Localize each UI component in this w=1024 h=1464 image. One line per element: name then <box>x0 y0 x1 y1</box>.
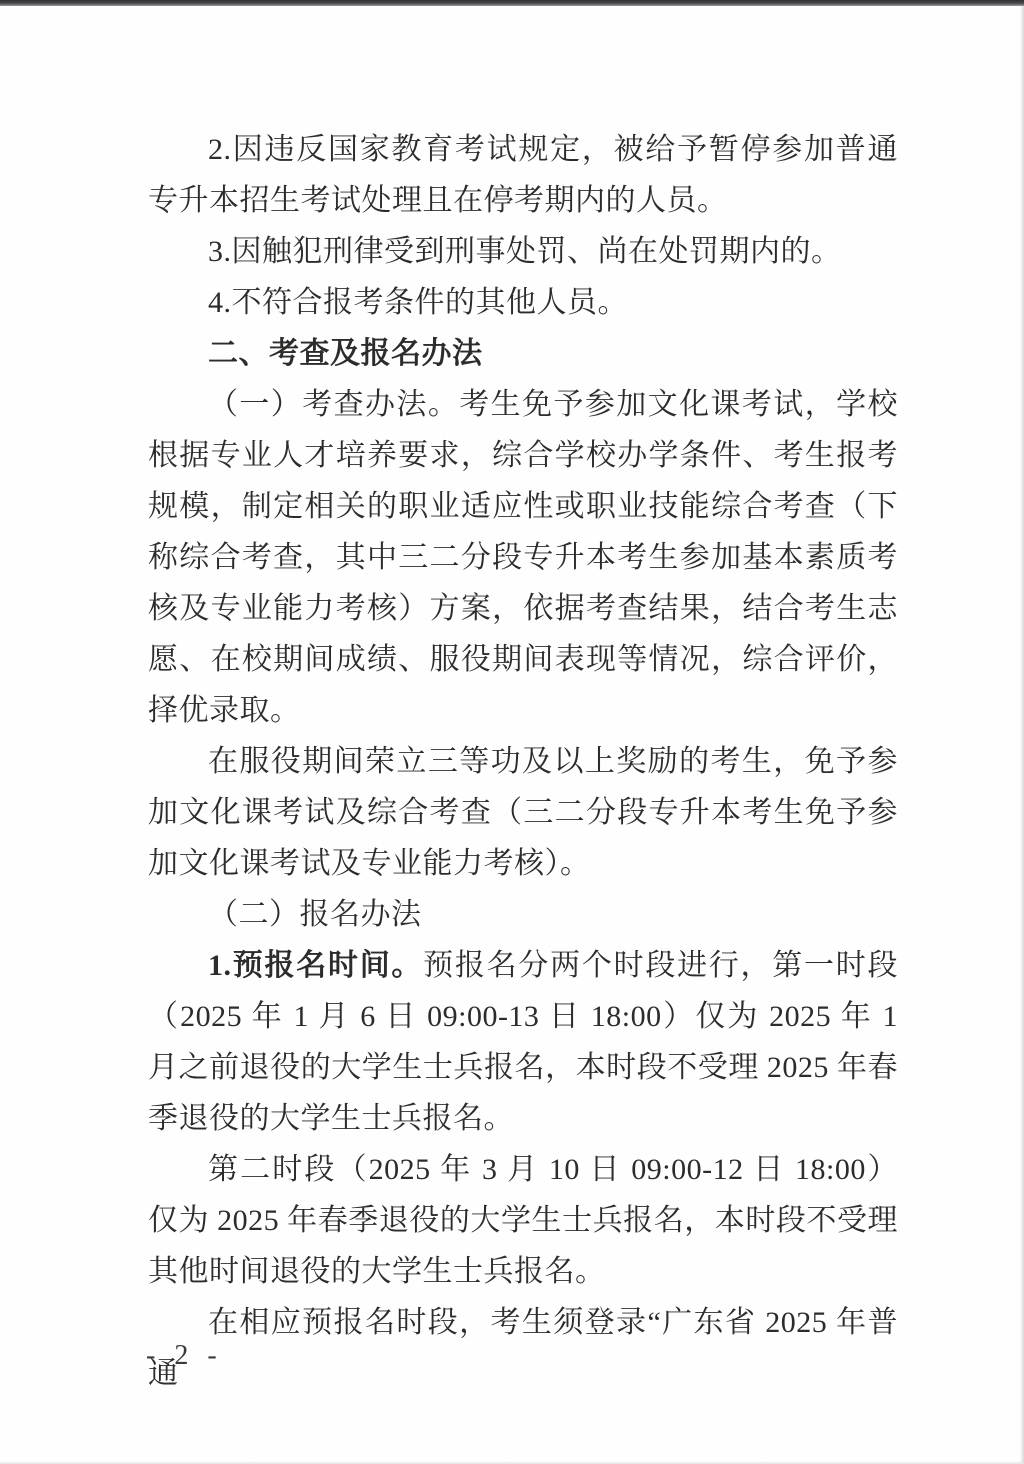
text-run: 在服役期间荣立三等功及以上奖励的考生，免予参加文化课考试及综合考查（三二分段专升… <box>148 745 898 880</box>
text-run: 第二时段（2025 年 3 月 10 日 09:00-12 日 18:00）仅为… <box>148 1153 898 1288</box>
scan-edge-right <box>1020 6 1024 1464</box>
document-body: 2.因违反国家教育考试规定，被给予暂停参加普通专升本招生考试处理且在停考期内的人… <box>148 124 898 1399</box>
text-run: （二）报名办法 <box>208 898 422 931</box>
paragraph-lead-bold: 1.预报名时间。 <box>208 949 423 982</box>
section-heading-examination-and-registration: 二、考查及报名办法 <box>148 328 898 379</box>
scanned-document-page: 2.因违反国家教育考试规定，被给予暂停参加普通专升本招生考试处理且在停考期内的人… <box>0 0 1024 1464</box>
text-run: 在相应预报名时段，考生须登录“广东省 2025 年普通 <box>148 1306 898 1390</box>
text-run: （一）考查办法。 <box>208 388 459 421</box>
paragraph-login-instruction: 在相应预报名时段，考生须登录“广东省 2025 年普通 <box>148 1297 898 1399</box>
text-run: 2.因违反国家教育考试规定，被给予暂停参加普通专升本招生考试处理且在停考期内的人… <box>148 133 898 217</box>
paragraph-preregistration-time: 1.预报名时间。预报名分两个时段进行，第一时段（2025 年 1 月 6 日 0… <box>148 940 898 1144</box>
text-run: 考生免予参加文化课考试，学校根据专业人才培养要求，综合学校办学条件、考生报考规模… <box>148 388 898 727</box>
page-number: - 2 - <box>146 1340 223 1372</box>
paragraph-lead-bold: 二、考查及报名办法 <box>208 337 483 370</box>
paragraph-second-period: 第二时段（2025 年 3 月 10 日 09:00-12 日 18:00）仅为… <box>148 1144 898 1297</box>
list-item-3: 3.因触犯刑律受到刑事处罚、尚在处罚期内的。 <box>148 226 898 277</box>
scan-edge-top <box>0 0 1024 6</box>
text-run: 3.因触犯刑律受到刑事处罚、尚在处罚期内的。 <box>208 235 842 268</box>
subsection-heading-registration-method: （二）报名办法 <box>148 889 898 940</box>
paragraph-merit-exemption: 在服役期间荣立三等功及以上奖励的考生，免予参加文化课考试及综合考查（三二分段专升… <box>148 736 898 889</box>
list-item-2: 2.因违反国家教育考试规定，被给予暂停参加普通专升本招生考试处理且在停考期内的人… <box>148 124 898 226</box>
text-run: 4.不符合报考条件的其他人员。 <box>208 286 628 319</box>
paragraph-assessment-method: （一）考查办法。考生免予参加文化课考试，学校根据专业人才培养要求，综合学校办学条… <box>148 379 898 736</box>
list-item-4: 4.不符合报考条件的其他人员。 <box>148 277 898 328</box>
